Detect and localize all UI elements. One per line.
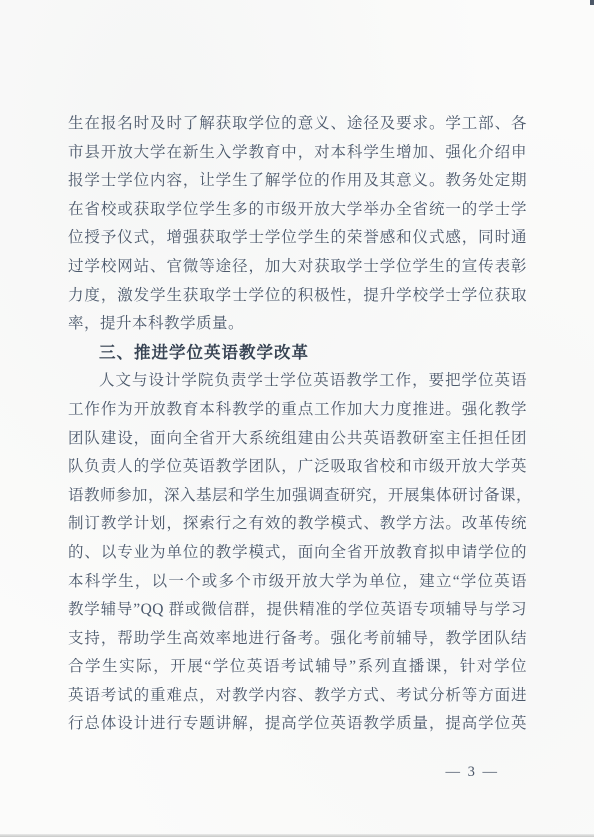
page-number: — 3 — xyxy=(446,762,500,782)
paragraph-degree-english-reform: 人文与设计学院负责学士学位英语教学工作，要把学位英语工作作为开放教育本科教学的重… xyxy=(68,367,527,739)
text-line: 在省校或获取学位学生多的市级开放大学举办全省统一的学士学 xyxy=(68,196,527,225)
text-line: 队负责人的学位英语教学团队，广泛吸取省校和市级开放大学英 xyxy=(68,453,527,482)
document-body: 生在报名时及时了解获取学位的意义、途径及要求。学工部、各市县开放大学在新生入学教… xyxy=(68,110,527,739)
text-line: 合学生实际，开展“学位英语考试辅导”系列直播课，针对学位 xyxy=(68,653,527,682)
text-line: 生在报名时及时了解获取学位的意义、途径及要求。学工部、各 xyxy=(68,110,527,139)
text-line: 工作作为开放教育本科教学的重点工作加大力度推进。强化教学 xyxy=(68,396,527,425)
text-line: 的、以专业为单位的教学模式，面向全省开放教育拟申请学位的 xyxy=(68,539,527,568)
text-line: 英语考试的重难点，对教学内容、教学方式、考试分析等方面进 xyxy=(68,682,527,711)
text-line: 团队建设，面向全省开大系统组建由公共英语教研室主任担任团 xyxy=(68,425,527,454)
paragraph-continued: 生在报名时及时了解获取学位的意义、途径及要求。学工部、各市县开放大学在新生入学教… xyxy=(68,110,527,339)
scan-artifact-speck xyxy=(590,0,594,5)
text-line: 本科学生，以一个或多个市级开放大学为单位，建立“学位英语 xyxy=(68,568,527,597)
text-line: 制订教学计划，探索行之有效的教学模式、教学方法。改革传统 xyxy=(68,510,527,539)
text-line: 报学士学位内容，让学生了解学位的作用及其意义。教务处定期 xyxy=(68,167,527,196)
text-line: 人文与设计学院负责学士学位英语教学工作，要把学位英语 xyxy=(68,367,527,396)
text-line: 过学校网站、官微等途径，加大对获取学士学位学生的宣传表彰 xyxy=(68,253,527,282)
text-line: 位授予仪式，增强获取学士学位学生的荣誉感和仪式感，同时通 xyxy=(68,224,527,253)
text-line: 率，提升本科教学质量。 xyxy=(68,310,527,339)
text-line: 市县开放大学在新生入学教育中，对本科学生增加、强化介绍申 xyxy=(68,139,527,168)
scanned-document-page: 生在报名时及时了解获取学位的意义、途径及要求。学工部、各市县开放大学在新生入学教… xyxy=(0,0,594,837)
text-line: 教学辅导”QQ 群或微信群，提供精准的学位英语专项辅导与学习 xyxy=(68,596,527,625)
text-line: 语教师参加，深入基层和学生加强调查研究，开展集体研讨备课， xyxy=(68,482,527,511)
text-line: 力度，激发学生获取学士学位的积极性，提升学校学士学位获取 xyxy=(68,282,527,311)
section-heading: 三、推进学位英语教学改革 xyxy=(68,339,527,368)
text-line: 支持，帮助学生高效率地进行备考。强化考前辅导，教学团队结 xyxy=(68,625,527,654)
text-line: 行总体设计进行专题讲解，提高学位英语教学质量，提高学位英 xyxy=(68,710,527,739)
